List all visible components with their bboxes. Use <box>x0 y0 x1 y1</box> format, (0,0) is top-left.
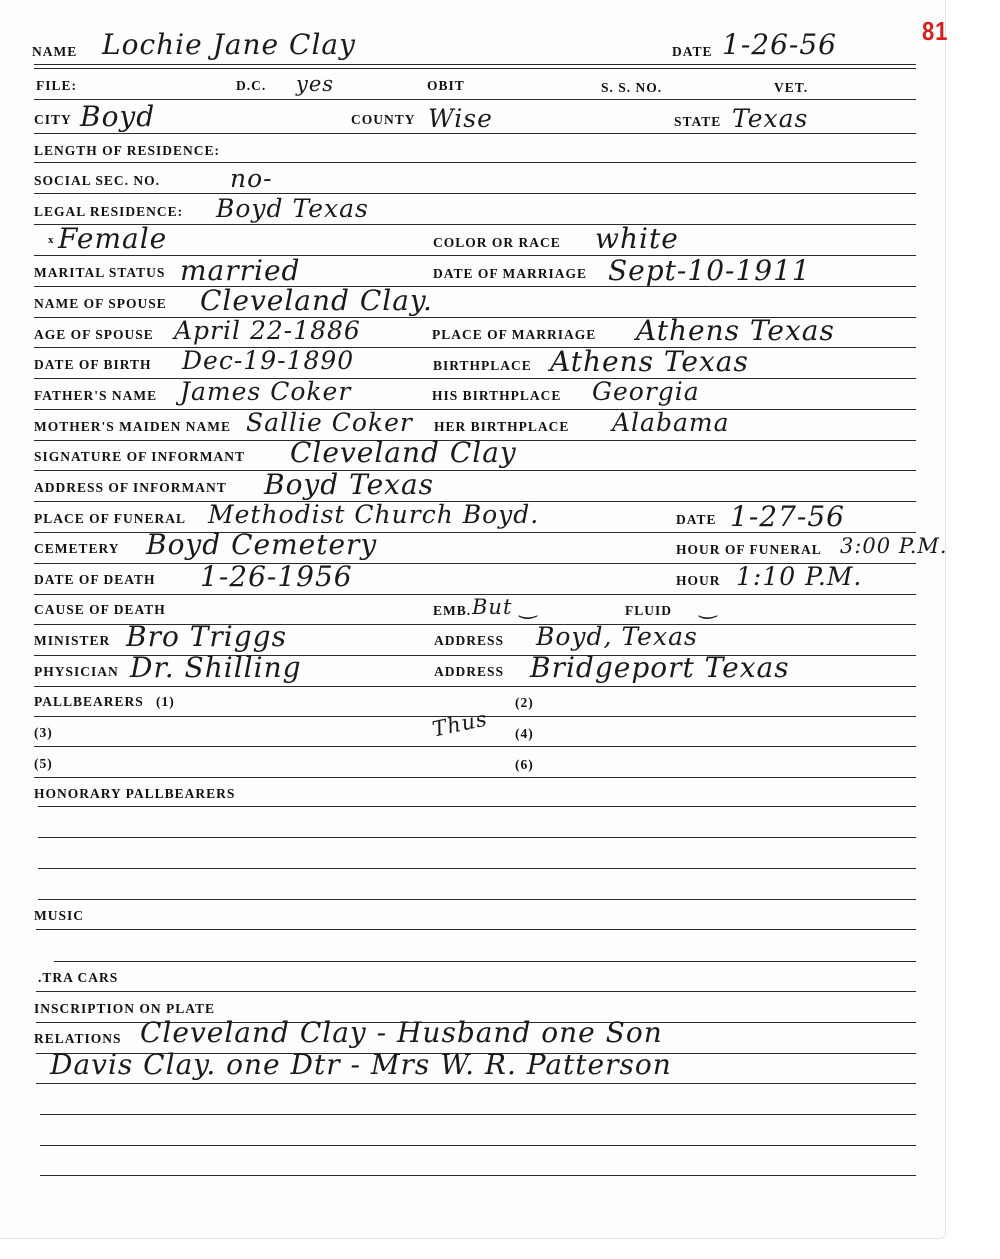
honorary-rule-4 <box>38 899 916 900</box>
date-of-birth-label: DATE OF BIRTH <box>34 357 152 373</box>
relations-rule-5 <box>40 1175 916 1176</box>
funeral-date-label: DATE <box>676 512 717 528</box>
color-or-race-value: white <box>595 222 679 255</box>
physician-value: Dr. Shilling <box>130 651 302 684</box>
relations-line-1: Cleveland Clay - Husband one Son <box>140 1016 663 1049</box>
date-of-death-value: 1-26-1956 <box>200 560 353 593</box>
relations-label: RELATIONS <box>34 1031 122 1047</box>
age-of-spouse-rule <box>34 347 916 348</box>
pallbearers-label: PALLBEARERS <box>34 694 144 710</box>
signature-of-informant-rule <box>34 470 916 471</box>
pallbearer-slot-3: (3) <box>34 725 53 741</box>
relations-rule-3 <box>40 1114 916 1115</box>
obit-label: OBIT <box>427 78 465 94</box>
legal-residence-value: Boyd Texas <box>216 194 369 223</box>
vet-label: VET. <box>774 80 808 96</box>
dc-label: D.C. <box>236 78 266 94</box>
name-rule <box>34 64 916 65</box>
mothers-maiden-name-value: Sallie Coker <box>246 408 413 437</box>
state-value: Texas <box>732 104 808 133</box>
physician-address-label: ADDRESS <box>434 664 504 680</box>
pallbearer-slot-6: (6) <box>515 757 534 773</box>
marital-status-value: married <box>180 254 300 287</box>
name-rule-double <box>34 68 916 69</box>
length-of-residence-rule <box>34 162 916 163</box>
pallbearer-slot-4: (4) <box>515 726 534 742</box>
county-label: COUNTY <box>351 112 416 128</box>
hour-value: 1:10 P.M. <box>736 562 862 591</box>
honorary-pallbearers-label: HONORARY PALLBEARERS <box>34 786 235 802</box>
fluid-label: FLUID <box>625 603 672 619</box>
her-birthplace-value: Alabama <box>612 408 729 437</box>
pallbearers-margin-note: Thus <box>430 706 490 741</box>
signature-of-informant-value: Cleveland Clay <box>290 436 517 469</box>
birthplace-value: Athens Texas <box>550 345 749 378</box>
date-value: 1-26-56 <box>722 28 837 61</box>
name-label: NAME <box>32 44 77 60</box>
file-label: FILE: <box>36 78 77 94</box>
honorary-rule-3 <box>38 868 916 869</box>
county-value: Wise <box>428 104 493 133</box>
emb-value: But ‿ <box>472 595 538 619</box>
hour-label: HOUR <box>676 573 721 589</box>
fathers-name-value: James Coker <box>180 377 351 406</box>
emb-label: EMB. <box>433 603 471 619</box>
city-label: CITY <box>34 112 72 128</box>
date-of-birth-rule <box>34 378 916 379</box>
mothers-maiden-name-label: MOTHER'S MAIDEN NAME <box>34 419 231 435</box>
name-value: Lochie Jane Clay <box>102 28 356 61</box>
physician-address-value: Bridgeport Texas <box>530 651 790 684</box>
music-rule-2 <box>54 961 916 962</box>
physician-label: PHYSICIAN <box>34 664 119 680</box>
social-sec-no-label: SOCIAL SEC. NO. <box>34 173 160 189</box>
date-of-marriage-value: Sept-10-1911 <box>608 254 811 287</box>
city-value: Boyd <box>80 100 155 133</box>
relations-line-2: Davis Clay. one Dtr - Mrs W. R. Patterso… <box>50 1048 672 1081</box>
pallbearer-slot-1: (1) <box>156 694 175 710</box>
sex-value: Female <box>58 222 167 255</box>
age-of-spouse-value: April 22-1886 <box>174 316 361 345</box>
date-of-birth-value: Dec-19-1890 <box>182 346 354 375</box>
hour-of-funeral-value: 3:00 P.M. <box>840 534 948 558</box>
fathers-name-rule <box>34 409 916 410</box>
cemetery-label: CEMETERY <box>34 541 120 557</box>
minister-address-label: ADDRESS <box>434 633 504 649</box>
page-number: 81 <box>922 16 948 47</box>
physician-rule <box>34 686 916 687</box>
cause-of-death-label: CAUSE OF DEATH <box>34 602 166 618</box>
pallbearers-rule-2 <box>34 746 916 747</box>
ss-no-label: S. S. NO. <box>601 80 662 96</box>
marital-status-label: MARITAL STATUS <box>34 265 165 281</box>
sex-label: x <box>48 234 55 246</box>
state-label: STATE <box>674 114 721 130</box>
address-of-informant-value: Boyd Texas <box>264 468 434 501</box>
address-of-informant-label: ADDRESS OF INFORMANT <box>34 480 227 496</box>
legal-residence-label: LEGAL RESIDENCE: <box>34 204 183 220</box>
file-rule <box>34 99 916 100</box>
relations-rule-4 <box>40 1145 916 1146</box>
extra-cars-label: .TRA CARS <box>38 970 118 986</box>
her-birthplace-label: HER BIRTHPLACE <box>434 419 569 435</box>
pallbearer-slot-5: (5) <box>34 756 53 772</box>
inscription-on-plate-label: INSCRIPTION ON PLATE <box>34 1001 215 1017</box>
minister-value: Bro Triggs <box>126 620 287 653</box>
relations-rule-2 <box>36 1083 916 1084</box>
social-sec-no-rule <box>34 193 916 194</box>
his-birthplace-label: HIS BIRTHPLACE <box>432 388 561 404</box>
place-of-funeral-value: Methodist Church Boyd. <box>208 500 539 529</box>
date-of-marriage-label: DATE OF MARRIAGE <box>433 266 587 282</box>
music-label: MUSIC <box>34 908 84 924</box>
honorary-rule-2 <box>38 837 916 838</box>
pallbearer-slot-2: (2) <box>515 695 534 711</box>
funeral-record-card: 81 NAME Lochie Jane Clay DATE 1-26-56 FI… <box>0 0 946 1239</box>
date-of-death-label: DATE OF DEATH <box>34 572 156 588</box>
pallbearers-rule-3 <box>34 777 916 778</box>
honorary-rule-1 <box>38 806 916 807</box>
fathers-name-label: FATHER'S NAME <box>34 388 157 404</box>
place-of-marriage-value: Athens Texas <box>636 314 835 347</box>
birthplace-label: BIRTHPLACE <box>433 358 532 374</box>
fluid-value: ‿ <box>700 595 718 619</box>
name-of-spouse-value: Cleveland Clay. <box>200 284 433 317</box>
marital-status-rule <box>34 286 916 287</box>
minister-label: MINISTER <box>34 633 110 649</box>
place-of-marriage-label: PLACE OF MARRIAGE <box>432 327 596 343</box>
age-of-spouse-label: AGE OF SPOUSE <box>34 327 154 343</box>
social-sec-no-value: no- <box>230 164 273 193</box>
date-label: DATE <box>672 44 713 60</box>
scanned-page: 81 NAME Lochie Jane Clay DATE 1-26-56 FI… <box>0 0 1000 1259</box>
cemetery-value: Boyd Cemetery <box>146 528 377 561</box>
name-of-spouse-label: NAME OF SPOUSE <box>34 296 167 312</box>
his-birthplace-value: Georgia <box>592 377 700 406</box>
signature-of-informant-label: SIGNATURE OF INFORMANT <box>34 449 245 465</box>
length-of-residence-label: LENGTH OF RESIDENCE: <box>34 143 220 159</box>
city-rule <box>34 133 916 134</box>
funeral-date-value: 1-27-56 <box>730 500 845 533</box>
dc-value: yes <box>296 72 334 96</box>
music-rule-1 <box>36 929 916 930</box>
hour-of-funeral-label: HOUR OF FUNERAL <box>676 542 822 558</box>
color-or-race-label: COLOR OR RACE <box>433 235 561 251</box>
place-of-funeral-label: PLACE OF FUNERAL <box>34 511 186 527</box>
minister-address-value: Boyd, Texas <box>536 622 698 651</box>
extra-cars-rule <box>36 991 916 992</box>
